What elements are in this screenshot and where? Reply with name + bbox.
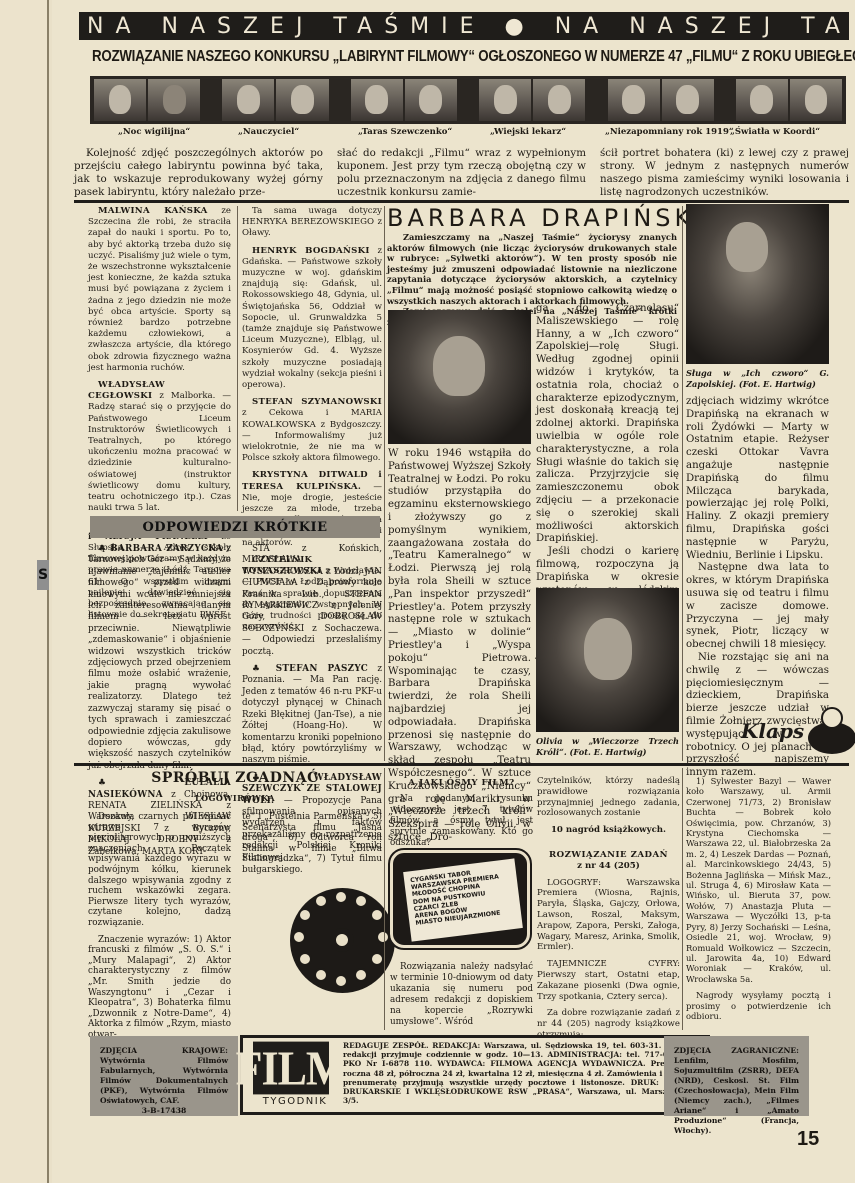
domestic-photos-credit: ZDJĘCIA KRAJOWE: Wytwórnia Filmów Fabula… — [90, 1036, 238, 1116]
divider — [74, 763, 849, 766]
actor-photo — [736, 79, 788, 121]
puzzle-text-c: te“ i „Pustelnia Parmeńska“, 5) Scenarzy… — [242, 812, 382, 882]
page-number: 15 — [797, 1128, 819, 1151]
contest-intro: Kolejność zdjęć poszczególnych aktorów p… — [74, 147, 849, 199]
column-rule — [237, 206, 238, 511]
puzzle-text-a: Dookoła czarnych pól wpisać wirowo 7 wyr… — [88, 812, 231, 1046]
actor-photo — [351, 79, 403, 121]
short-answers-banner: ODPOWIEDZI KRÓTKIE — [90, 516, 380, 538]
actor-photo — [608, 79, 660, 121]
actor-photo — [790, 79, 842, 121]
actor-photo — [479, 79, 531, 121]
svg-text:Klaps: Klaps — [740, 719, 804, 743]
imprint: REDAGUJE ZESPÓŁ. REDAKCJA: Warszawa, ul.… — [343, 1041, 705, 1105]
film-label: „Wiejski lekarz“ — [490, 127, 566, 137]
column-rule — [682, 768, 683, 1030]
klaps-signature-icon: Klaps — [737, 700, 855, 758]
film-titles-list: CYGAŃSKI TABOR WARSZAWSKA PREMIERA MŁODO… — [403, 858, 523, 941]
masthead: FILM TYGODNIK REDAGUJE ZESPÓŁ. REDAKCJA:… — [240, 1035, 710, 1115]
contest-headline: ROZWIĄZANIE NASZEGO KONKURSU „LABIRYNT F… — [92, 48, 737, 66]
film-label: „Taras Szewczenko“ — [358, 127, 452, 137]
actor-photo — [276, 79, 328, 121]
film-label: „Nauczyciel“ — [238, 127, 299, 137]
intro-col: ścił portret bohatera (ki) z lewej czy z… — [600, 147, 849, 199]
maid-role-photo — [686, 204, 829, 364]
actor-photo — [148, 79, 200, 121]
puzzle-title: SPRÓBUJ ZGADNĄĆ — [90, 770, 380, 786]
page-fold — [47, 0, 49, 1183]
film-label: „Noc wigilijna“ — [118, 127, 190, 137]
intro-col: Kolejność zdjęć poszczególnych aktorów p… — [74, 147, 323, 199]
actor-photo — [662, 79, 714, 121]
film-label: „Światła w Koordi“ — [730, 127, 820, 137]
section-header-band: NA NASZEJ TAŚMIE ● NA NASZEJ TAŚMIE — [79, 12, 849, 40]
film-labels: „Noc wigilijna“ „Nauczyciel“ „Taras Szew… — [90, 127, 846, 141]
film-logo: FILM — [253, 1042, 329, 1095]
left-page-margin — [0, 0, 47, 1183]
actor-photo — [533, 79, 585, 121]
actor-photo — [94, 79, 146, 121]
actor-photo — [222, 79, 274, 121]
portrait-photo — [388, 310, 531, 444]
column-rule — [384, 768, 385, 1030]
olivia-photo — [536, 588, 679, 732]
results-column: Czytelników, którzy nadeślą prawidłowe r… — [537, 776, 680, 1047]
eighth-film-text: Na podanym rysunku widocznych jest 7 tyt… — [390, 794, 533, 855]
olivia-caption: Olivia w „Wieczorze Trzech Króli“. (Fot.… — [536, 736, 679, 757]
film-titles-card: CYGAŃSKI TABOR WARSZAWSKA PREMIERA MŁODO… — [390, 850, 530, 948]
film-label: „Niezapomniany rok 1919“ — [605, 127, 734, 137]
actor-photo — [405, 79, 457, 121]
column-rule — [384, 206, 385, 761]
labyrinth-photo-strip — [90, 76, 846, 124]
weekly-label: TYGODNIK — [257, 1096, 333, 1107]
maid-caption: Sługa w „Ich czworo“ G. Zapolskiej. (Fot… — [686, 368, 829, 389]
logowirowka-puzzle-icon — [290, 888, 395, 993]
column-rule — [682, 206, 683, 761]
puzzle-subtitle: LOGOWIRÓWKA — [90, 793, 380, 803]
winners-column: 1) Sylwester Bazyl — Wawer koło Warszawy… — [686, 776, 831, 1027]
foreign-photos-credit: ZDJĘCIA ZAGRANICZNE: Lenfilm, Mosfilm, S… — [664, 1036, 809, 1116]
magazine-page: NA NASZEJ TAŚMIE ● NA NASZEJ TAŚMIE ROZW… — [52, 0, 855, 1183]
submission-rules: Rozwiązania należy nadsyłać w terminie 1… — [390, 962, 533, 1034]
intro-col: słać do redakcji „Filmu“ wraz z wypełnio… — [337, 147, 586, 199]
profile-title: BARBARA DRAPIŃSKA — [387, 204, 677, 232]
eighth-film-title: A JAKI ÓSMY FILM? — [390, 778, 533, 788]
margin-tab: S — [37, 560, 49, 590]
divider — [74, 200, 849, 203]
